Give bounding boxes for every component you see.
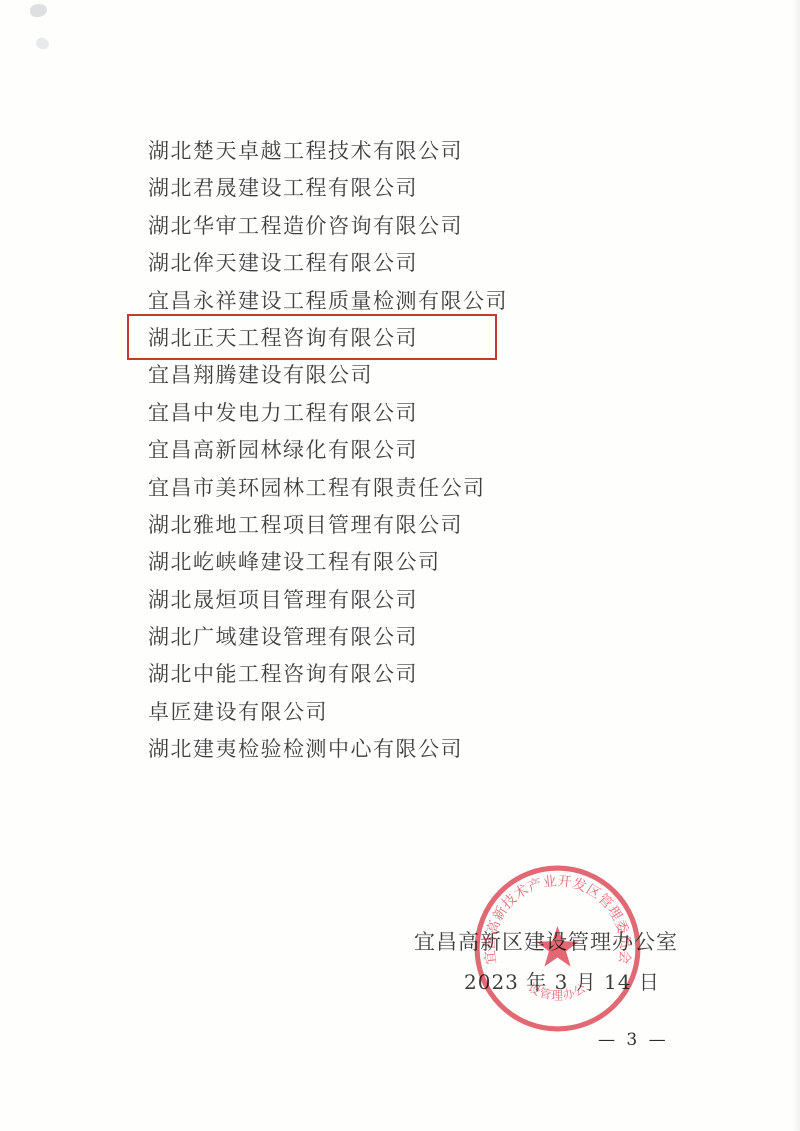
company-list-item-highlighted: 湖北正天工程咨询有限公司	[148, 320, 708, 357]
scan-edge	[792, 0, 800, 1131]
company-list: 湖北楚天卓越工程技术有限公司湖北君晟建设工程有限公司湖北华审工程造价咨询有限公司…	[148, 133, 708, 769]
company-list-item: 湖北中能工程咨询有限公司	[148, 656, 708, 693]
page-number: — 3 —	[598, 1030, 669, 1050]
company-list-item: 宜昌高新园林绿化有限公司	[148, 432, 708, 469]
company-list-item: 宜昌中发电力工程有限公司	[148, 395, 708, 432]
company-list-item: 卓匠建设有限公司	[148, 694, 708, 731]
document-page: 湖北楚天卓越工程技术有限公司湖北君晟建设工程有限公司湖北华审工程造价咨询有限公司…	[0, 0, 800, 1131]
company-list-item: 湖北雅地工程项目管理有限公司	[148, 507, 708, 544]
company-list-item: 湖北屹峡峰建设工程有限公司	[148, 544, 708, 581]
scan-artifact	[29, 2, 48, 18]
company-list-item: 宜昌市美环园林工程有限责任公司	[148, 470, 708, 507]
scan-artifact	[35, 36, 51, 51]
signature-org: 宜昌高新区建设管理办公室	[414, 926, 678, 956]
signature-date: 2023 年 3 月 14 日	[464, 966, 660, 995]
company-list-item: 湖北君晟建设工程有限公司	[148, 170, 708, 207]
company-list-item: 宜昌翔腾建设有限公司	[148, 357, 708, 394]
company-list-item: 湖北侔天建设工程有限公司	[148, 245, 708, 282]
company-list-item: 湖北华审工程造价咨询有限公司	[148, 208, 708, 245]
company-list-item: 湖北楚天卓越工程技术有限公司	[148, 133, 708, 170]
company-list-item: 湖北晟烜项目管理有限公司	[148, 582, 708, 619]
company-list-item: 湖北建夷检验检测中心有限公司	[148, 731, 708, 768]
company-list-item: 湖北广域建设管理有限公司	[148, 619, 708, 656]
